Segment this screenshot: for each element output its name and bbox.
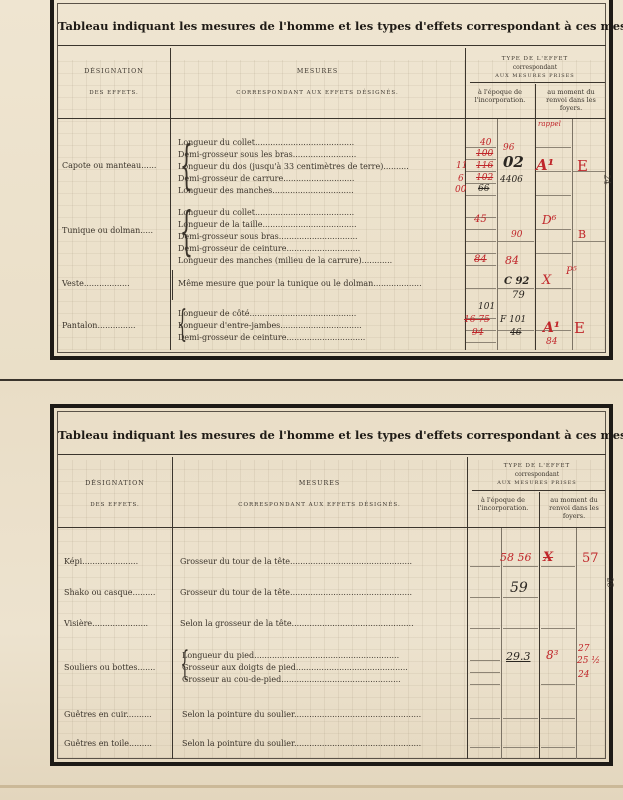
designation-kepi: Képi...................... — [64, 557, 138, 566]
row-pantalon-1: Longueur de côté........................… — [178, 309, 463, 318]
row-capote-5: Longueur des manches....................… — [178, 186, 463, 195]
hw-capote-m4: 102 — [476, 173, 493, 183]
cell-line — [503, 597, 538, 598]
row-shako-1: Grosseur du tour de la tête.............… — [180, 588, 465, 597]
cell-line — [536, 229, 571, 230]
hw-capote-left2: 6 — [458, 174, 464, 184]
cell-line — [470, 660, 500, 661]
hw-kepi-inc: 58 56 — [500, 551, 532, 564]
cell-line — [498, 241, 534, 242]
hw-kepi-renvoi: X — [543, 550, 553, 565]
veste-bracket — [172, 270, 173, 300]
hw-capote-m2: 100 — [476, 149, 493, 159]
hw-tunique-inc2: 84 — [505, 254, 519, 267]
designation-visiere: Visière...................... — [64, 619, 148, 628]
hw-veste-inc1: C 92 — [504, 276, 529, 287]
designation-souliers: Souliers ou bottes....... — [64, 663, 155, 672]
row-pantalon-2: Longueur d'entre-jambes.................… — [178, 321, 463, 330]
hw-pantalon-m1: 101 — [478, 302, 495, 312]
cell-line — [503, 747, 538, 748]
top-header-mesures-sub: CORRESPONDANT AUX EFFETS DÉSIGNÉS. — [170, 90, 465, 96]
hw-tunique-renvoi: D⁶ — [542, 213, 556, 227]
page-fold-line — [0, 379, 623, 381]
cell-line — [573, 241, 605, 242]
cell-line — [498, 288, 534, 289]
hw-pantalon-below: 84 — [546, 337, 557, 347]
cell-line — [470, 566, 500, 567]
hw-capote-inc2: 02 — [503, 153, 524, 171]
hw-capote-m3: 116 — [476, 161, 493, 171]
cell-line — [541, 566, 575, 567]
row-souliers-3: Grosseur au cou-de-pied.................… — [182, 675, 465, 684]
top-col-divider-3 — [535, 84, 536, 350]
hw-tunique-letter: B — [578, 228, 586, 241]
row-tunique-1: Longueur du collet......................… — [178, 208, 463, 217]
cell-line — [541, 718, 575, 719]
bottom-page-number: 25 — [606, 577, 615, 587]
top-col-divider-5 — [572, 118, 573, 350]
top-header-mesures: MESURES — [170, 68, 465, 75]
hw-capote-renvoi: A¹ — [536, 156, 554, 174]
row-capote-1: Longueur du collet......................… — [178, 138, 463, 147]
hw-pantalon-inc1: F 101 — [500, 315, 526, 325]
hw-souliers-v2: 25 ½ — [577, 656, 600, 666]
bottom-header-incorporation: à l'époque de l'incorporation. — [469, 496, 537, 512]
top-page-number: 24 — [603, 174, 612, 184]
row-souliers-1: Longueur du pied........................… — [182, 651, 465, 660]
bottom-col-divider-5 — [576, 528, 577, 759]
top-annotation-rappel: rappel — [538, 120, 561, 128]
designation-capote: Capote ou manteau...... — [62, 161, 156, 170]
cell-line — [466, 288, 496, 289]
hw-capote-inc3: 4406 — [500, 175, 523, 185]
row-tunique-5: Longueur des manches (milieu de la carru… — [178, 256, 463, 265]
cell-line — [503, 718, 538, 719]
hw-pantalon-m3: 94 — [472, 328, 483, 338]
designation-shako: Shako ou casque......... — [64, 588, 155, 597]
cell-line — [470, 747, 500, 748]
bottom-header-bottom-rule — [58, 527, 606, 528]
top-header-designation: DÉSIGNATION — [58, 68, 170, 75]
hw-capote-letter: E — [577, 157, 588, 175]
hw-pantalon-renvoi: A¹ — [543, 320, 560, 336]
top-header-type-sub2: AUX MESURES PRISES — [465, 73, 605, 79]
hw-veste-extra: P⁵ — [566, 266, 577, 277]
hw-capote-inc1: 96 — [503, 143, 514, 153]
top-col-divider-4 — [497, 118, 498, 350]
top-header-renvoi: au moment du renvoi dans les foyers. — [537, 88, 605, 112]
bottom-header-mesures-sub: CORRESPONDANT AUX EFFETS DÉSIGNÉS. — [172, 502, 467, 508]
cell-line — [466, 342, 496, 343]
cell-line — [466, 159, 496, 160]
cell-line — [541, 747, 575, 748]
top-header-type-sub: correspondant — [465, 64, 605, 72]
row-tunique-4: Demi-grosseur de ceinture...............… — [178, 244, 463, 253]
hw-souliers-v1: 27 — [578, 644, 589, 654]
cell-line — [466, 171, 496, 172]
cell-line — [541, 628, 575, 629]
top-col-divider-2 — [465, 48, 466, 350]
hw-tunique-inc1: 90 — [511, 230, 522, 240]
page-edge — [0, 785, 623, 788]
cell-line — [470, 597, 500, 598]
hw-souliers-v3: 24 — [578, 670, 589, 680]
row-capote-4: Demi-grosseur de carrure................… — [178, 174, 463, 183]
designation-guetres-cuir: Guêtres en cuir.......... — [64, 710, 152, 719]
cell-line — [466, 265, 496, 266]
bottom-header-renvoi: au moment du renvoi dans les foyers. — [541, 496, 607, 520]
top-title-rule — [58, 45, 606, 46]
cell-line — [470, 672, 500, 673]
bottom-table-title: Tableau indiquant les mesures de l'homme… — [58, 428, 609, 442]
hw-tunique-m5: 84 — [474, 254, 487, 265]
row-souliers-2: Grosseur aux doigts de pied.............… — [182, 663, 465, 672]
cell-line — [470, 684, 500, 685]
hw-capote-left3: 00 — [455, 185, 466, 195]
hw-capote-m1: 40 — [480, 138, 491, 148]
row-veste-1: Même mesure que pour la tunique ou le do… — [178, 279, 463, 288]
top-header-designation-sub: DES EFFETS. — [58, 90, 170, 96]
hw-kepi-value: 57 — [582, 551, 599, 566]
bottom-col-divider-3 — [539, 492, 540, 759]
cell-line — [536, 288, 571, 289]
bottom-header-type-rule — [472, 490, 605, 491]
cell-line — [466, 195, 496, 196]
row-pantalon-3: Demi-grosseur de ceinture...............… — [178, 333, 463, 342]
hw-souliers-inc: 29.3 — [506, 650, 531, 663]
row-capote-3: Longueur du dos (jusqu'à 33 centimètres … — [178, 162, 463, 171]
hw-souliers-renvoi: 8³ — [546, 648, 558, 662]
row-capote-2: Demi-grosseur sous les bras.............… — [178, 150, 463, 159]
bottom-header-type-sub2: AUX MESURES PRISES — [467, 480, 607, 486]
bottom-header-designation: DÉSIGNATION — [58, 480, 172, 487]
hw-capote-left1: 11 — [456, 161, 467, 171]
designation-guetres-toile: Guêtres en toile......... — [64, 739, 152, 748]
cell-line — [470, 628, 500, 629]
bottom-col-divider-2 — [467, 457, 468, 759]
cell-line — [466, 229, 496, 230]
row-guetres-cuir-1: Selon la pointure du soulier............… — [182, 710, 465, 719]
top-header-bottom-rule — [58, 118, 606, 119]
top-table-title: Tableau indiquant les mesures de l'homme… — [58, 19, 603, 33]
top-header-type: TYPE DE L'EFFET — [465, 56, 605, 62]
designation-tunique: Tunique ou dolman..... — [62, 226, 153, 235]
bottom-header-type: TYPE DE L'EFFET — [467, 463, 607, 469]
bottom-header-type-sub: correspondant — [467, 471, 607, 479]
top-header-type-rule — [470, 82, 605, 83]
row-tunique-3: Demi-grosseur sous bras.................… — [178, 232, 463, 241]
row-guetres-toile-1: Selon la pointure du soulier............… — [182, 739, 465, 748]
cell-line — [536, 147, 571, 148]
row-visiere-1: Selon la grosseur de la tête............… — [180, 619, 465, 628]
row-tunique-2: Longueur de la taille...................… — [178, 220, 463, 229]
designation-veste: Veste.................. — [62, 279, 130, 288]
cell-line — [466, 241, 496, 242]
hw-veste-renvoi: X — [542, 273, 551, 288]
cell-line — [541, 684, 575, 685]
designation-pantalon: Pantalon............... — [62, 321, 136, 330]
cell-line — [503, 628, 538, 629]
cell-line — [536, 253, 571, 254]
hw-tunique-m1: 45 — [474, 214, 487, 225]
cell-line — [470, 718, 500, 719]
hw-capote-m5: 66 — [478, 184, 489, 194]
cell-line — [536, 195, 571, 196]
hw-shako-inc: 59 — [510, 580, 528, 596]
row-kepi-1: Grosseur du tour de la tête.............… — [180, 557, 465, 566]
hw-pantalon-inc2: 46 — [510, 328, 521, 338]
hw-pantalon-m2: 16 75 — [464, 315, 490, 325]
hw-pantalon-letter: E — [574, 319, 585, 337]
bottom-header-mesures: MESURES — [172, 480, 467, 487]
bottom-title-rule — [58, 454, 606, 455]
cell-line — [503, 566, 538, 567]
hw-veste-inc2: 79 — [512, 290, 525, 301]
bottom-header-designation-sub: DES EFFETS. — [58, 502, 172, 508]
top-header-incorporation: à l'époque de l'incorporation. — [467, 88, 533, 104]
